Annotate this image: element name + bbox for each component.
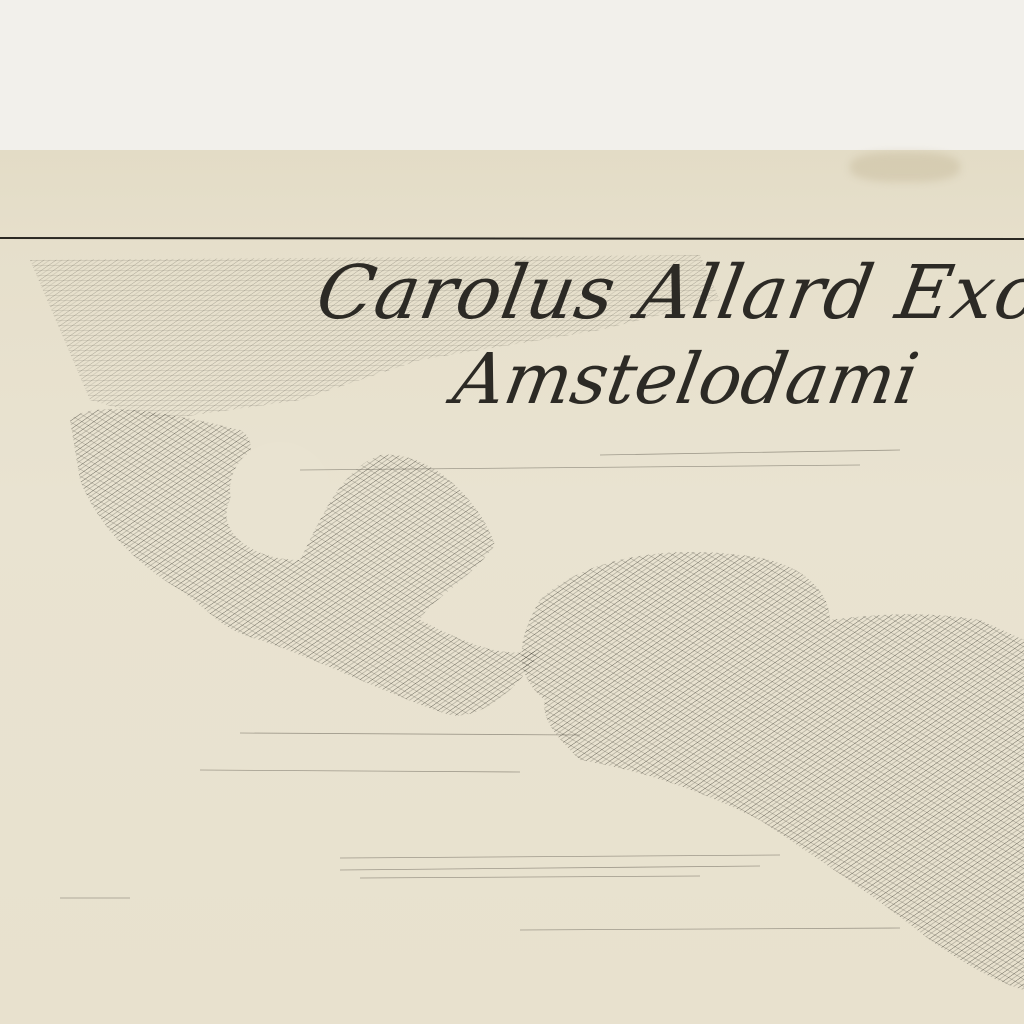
publisher-inscription: Carolus Allard Excu [310, 250, 1024, 336]
plate-border-line [0, 238, 1024, 239]
place-inscription: Amstelodami [448, 338, 925, 420]
cloud-right [521, 552, 1024, 990]
engraving-artwork [0, 0, 1024, 1024]
cloud-left [70, 409, 540, 715]
